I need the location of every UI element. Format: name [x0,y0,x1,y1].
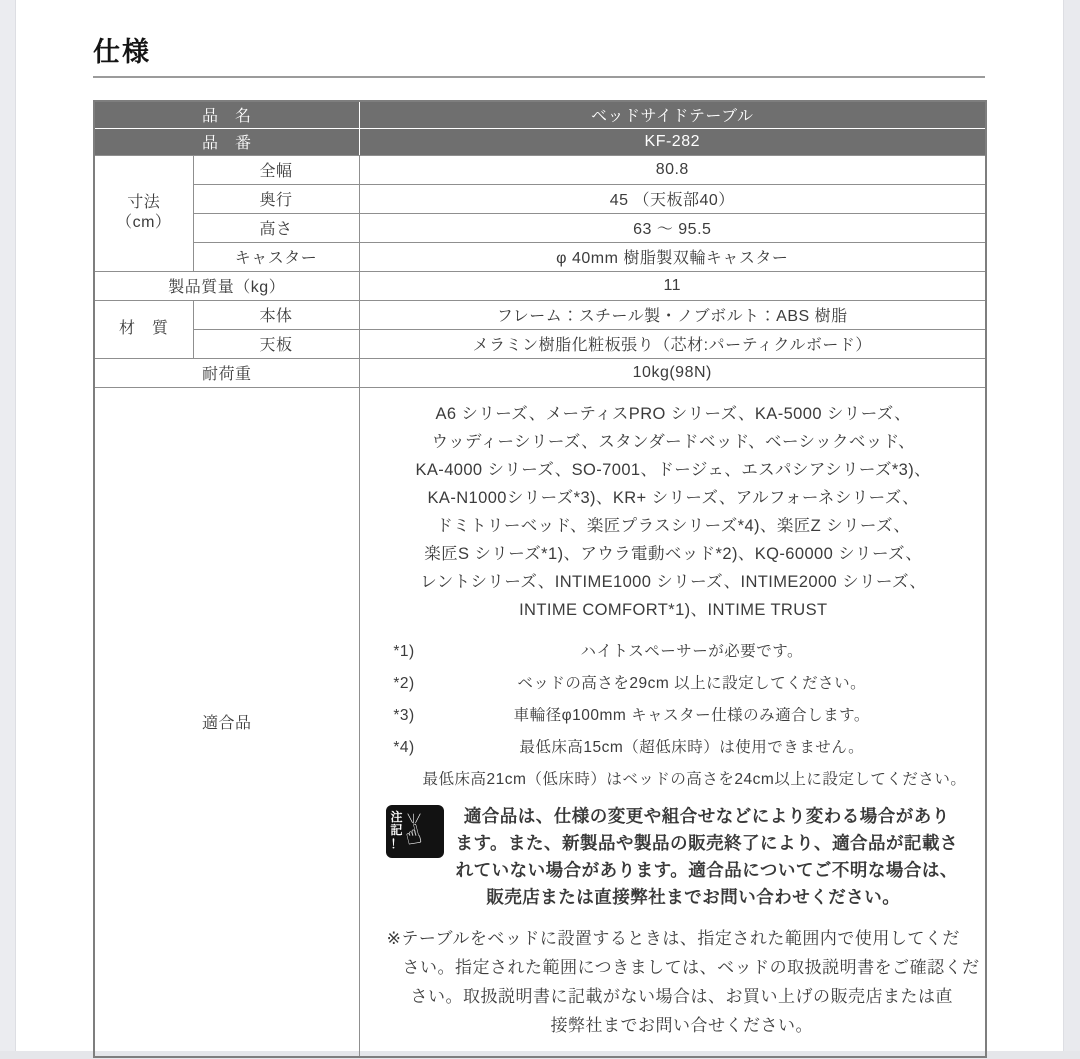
table-row: 耐荷重 10kg(98N) [94,358,986,387]
series-line: A6 シリーズ、メーティスPRO シリーズ、KA-5000 シリーズ、 [386,400,962,428]
table-row: 寸法 （cm） 全幅 80.8 [94,155,986,184]
footnote-marker: *2) [386,669,423,698]
footnote-3: *3) 車輪径φ100mm キャスター仕様のみ適合します。 [386,701,962,730]
product-code-value: KF-282 [359,128,986,155]
load-label: 耐荷重 [94,358,359,387]
table-row: キャスター φ 40mm 樹脂製双輪キャスター [94,242,986,271]
material-body-label: 本体 [193,300,359,329]
material-body-value: フレーム：スチール製・ノブボルト：ABS 樹脂 [359,300,986,329]
spec-table: 品 名 ベッドサイドテーブル 品 番 KF-282 寸法 （cm） 全幅 80.… [93,100,987,1058]
dimension-depth-label: 奥行 [193,184,359,213]
dimension-width-value: 80.8 [359,155,986,184]
note-line: 適合品は、仕様の変更や組合せなどにより変わる場合があり [426,803,962,830]
product-name-value: ベッドサイドテーブル [359,101,986,128]
material-top-label: 天板 [193,329,359,358]
page-edge-right [1063,0,1080,1059]
footnotes: *1) ハイトスペーサーが必要です。 *2) ベッドの高さを29cm 以上に設定… [386,637,962,794]
footnote-text: 最低床高15cm（超低床時）は使用できません。 [423,733,962,762]
dimensions-group-label: 寸法 （cm） [94,155,193,271]
note-icon-label: 注 記 ！ [391,811,404,851]
table-row: 適合品 A6 シリーズ、メーティスPRO シリーズ、KA-5000 シリーズ、 … [94,387,986,1057]
caution-line: さい。取扱説明書に記載がない場合は、お買い上げの販売店または直 [403,982,962,1011]
material-top-value: メラミン樹脂化粧板張り（芯材:パーティクルボード） [359,329,986,358]
dimension-depth-value: 45 （天板部40） [359,184,986,213]
dimension-height-label: 高さ [193,213,359,242]
dimension-caster-value: φ 40mm 樹脂製双輪キャスター [359,242,986,271]
dimension-width-label: 全幅 [193,155,359,184]
table-row: 高さ 63 ～ 95.5 [94,213,986,242]
title-divider [93,76,985,78]
caution-line: 接弊社までお問い合せください。 [403,1011,962,1040]
table-row: 品 番 KF-282 [94,128,986,155]
dimensions-label-line2: （cm） [116,214,171,231]
dimension-height-value: 63 ～ 95.5 [359,213,986,242]
note-line: ます。また、新製品や製品の販売終了により、適合品が記載さ [426,830,962,857]
table-row: 製品質量（kg） 11 [94,271,986,300]
note-line: 販売店または直接弊社までお問い合わせください。 [426,884,962,911]
caution-line: ※テーブルをベッドに設置するときは、指定された範囲内で使用してくだ [386,924,962,953]
page-edge-left [0,0,16,1059]
table-row: 天板 メラミン樹脂化粧板張り（芯材:パーティクルボード） [94,329,986,358]
series-line: INTIME COMFORT*1)、INTIME TRUST [386,596,962,624]
dimension-caster-label: キャスター [193,242,359,271]
caution-block: ※テーブルをベッドに設置するときは、指定された範囲内で使用してくだ さい。指定さ… [386,924,962,1040]
spec-sheet-page: 仕様 品 名 ベッドサイドテーブル 品 番 KF-282 寸法 （cm） [0,0,1080,1059]
series-line: レントシリーズ、INTIME1000 シリーズ、INTIME2000 シリーズ、 [386,568,962,596]
note-line: れていない場合があります。適合品についてご不明な場合は、 [426,857,962,884]
footnote-marker: *1) [386,637,423,666]
compatible-series-list: A6 シリーズ、メーティスPRO シリーズ、KA-5000 シリーズ、 ウッディ… [386,400,962,624]
product-name-label: 品 名 [94,101,359,128]
compatible-label: 適合品 [94,387,359,1057]
table-row: 奥行 45 （天板部40） [94,184,986,213]
series-line: ドミトリーベッド、楽匠プラスシリーズ*4)、楽匠Z シリーズ、 [386,512,962,540]
weight-value: 11 [359,271,986,300]
footnote-4-continuation: 最低床高21cm（低床時）はベッドの高さを24cm以上に設定してください。 [386,765,962,794]
table-row: 品 名 ベッドサイドテーブル [94,101,986,128]
footnote-4: *4) 最低床高15cm（超低床時）は使用できません。 [386,733,962,762]
footnote-text: ベッドの高さを29cm 以上に設定してください。 [423,669,962,698]
series-line: ウッディーシリーズ、スタンダードベッド、ベーシックベッド、 [386,428,962,456]
footnote-text: ハイトスペーサーが必要です。 [423,637,962,666]
footnote-marker: *3) [386,701,423,730]
material-group-label: 材 質 [94,300,193,358]
note-icon: 注 記 ！ ╲│╱ ☝ [386,805,444,858]
product-code-label: 品 番 [94,128,359,155]
series-line: 楽匠S シリーズ*1)、アウラ電動ベッド*2)、KQ-60000 シリーズ、 [386,540,962,568]
footnote-1: *1) ハイトスペーサーが必要です。 [386,637,962,666]
footnote-2: *2) ベッドの高さを29cm 以上に設定してください。 [386,669,962,698]
compatible-content: A6 シリーズ、メーティスPRO シリーズ、KA-5000 シリーズ、 ウッディ… [359,387,986,1057]
page-title: 仕様 [93,30,985,69]
content-area: 仕様 品 名 ベッドサイドテーブル 品 番 KF-282 寸法 （cm） [93,0,985,1058]
load-value: 10kg(98N) [359,358,986,387]
series-line: KA-N1000シリーズ*3)、KR+ シリーズ、アルフォーネシリーズ、 [386,484,962,512]
table-row: 材 質 本体 フレーム：スチール製・ノブボルト：ABS 樹脂 [94,300,986,329]
pointing-hand-icon: ╲│╱ ☝ [405,815,422,848]
caution-line: さい。指定された範囲につきましては、ベッドの取扱説明書をご確認くだ [403,953,962,982]
series-line: KA-4000 シリーズ、SO-7001、ドージェ、エスパシアシリーズ*3)、 [386,456,962,484]
note-block: 注 記 ！ ╲│╱ ☝ 適合品は、仕様の変更や組合せなどにより変わる場合があり [426,803,962,911]
dimensions-label-line1: 寸法 [127,194,160,211]
weight-label: 製品質量（kg） [94,271,359,300]
footnote-marker: *4) [386,733,423,762]
footnote-text: 車輪径φ100mm キャスター仕様のみ適合します。 [423,701,962,730]
